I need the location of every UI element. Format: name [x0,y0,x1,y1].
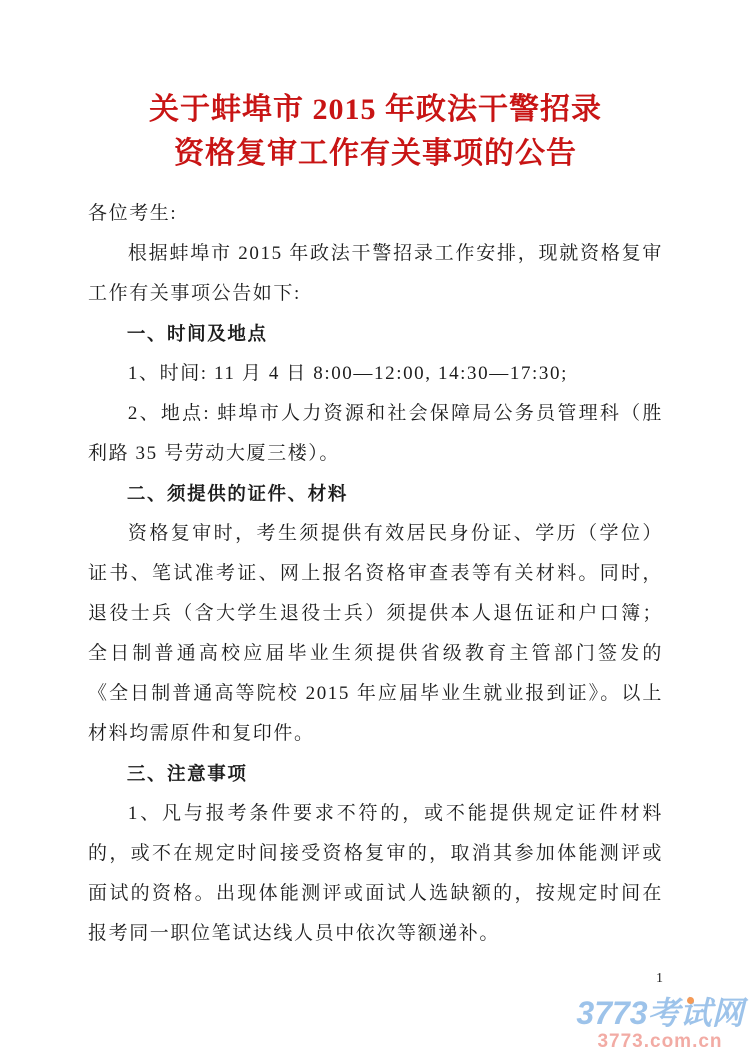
document-title: 关于蚌埠市 2015 年政法干警招录 资格复审工作有关事项的公告 [88,88,663,176]
salutation-line: 各位考生: [88,194,663,234]
document-page: 关于蚌埠市 2015 年政法干警招录 资格复审工作有关事项的公告 各位考生: 根… [0,0,750,1061]
section-1-heading: 一、时间及地点 [88,314,663,354]
section-1-paragraph-time: 1、时间: 11 月 4 日 8:00—12:00, 14:30—17:30; [88,354,663,394]
document-title-line1: 关于蚌埠市 2015 年政法干警招录 [88,88,663,132]
section-3-paragraph-notes: 1、凡与报考条件要求不符的，或不能提供规定证件材料的，或不在规定时间接受资格复审… [88,794,663,954]
section-2-heading: 二、须提供的证件、材料 [88,474,663,514]
page-number: 1 [656,970,663,988]
section-2-paragraph-materials: 资格复审时，考生须提供有效居民身份证、学历（学位）证书、笔试准考证、网上报名资格… [88,514,663,754]
section-3-heading: 三、注意事项 [88,754,663,794]
intro-paragraph: 根据蚌埠市 2015 年政法干警招录工作安排，现就资格复审工作有关事项公告如下: [88,234,663,314]
section-1-paragraph-location: 2、地点: 蚌埠市人力资源和社会保障局公务员管理科（胜利路 35 号劳动大厦三楼… [88,394,663,474]
document-title-line2: 资格复审工作有关事项的公告 [88,132,663,176]
